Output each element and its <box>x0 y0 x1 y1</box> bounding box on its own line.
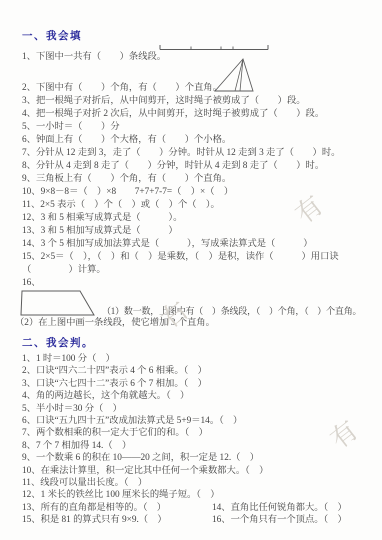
question-line: 11、线段可以量出长度。（ ） <box>22 477 374 489</box>
triangle-figure <box>213 58 255 93</box>
section1-title: 一、我会填 <box>22 28 374 43</box>
question-line: 5、半小时＝30 分（ ） <box>22 403 374 415</box>
question-line: 8、分针从 4 走到 8 走了（ ）分钟，时针从 4 走到 8 走了（ ）时。 <box>22 160 374 173</box>
question-line: 9、三角板上有（ ）个角，有（ ）个直角。 <box>22 173 374 186</box>
question-line: 12、3 和 5 相乘写成算式是（ ）。 <box>22 212 374 225</box>
section1-list: 1、下图中一共有（ ）条线段。 2、下图中有（ ）个角，有（ ）个直角。 3、把… <box>22 51 374 290</box>
question-line: 4、把一根绳子对折 2 次后，从中间剪开，这时绳子被剪成了（ ）段。 <box>22 108 374 121</box>
question-line: 1、1 时＝100 分（ ） <box>22 353 374 365</box>
question-line: 11、2×5 表示（ ）个（ ）或（ ）个（ ）。 <box>22 199 374 212</box>
quadrilateral-figure <box>20 290 98 317</box>
section2-list: 1、1 时＝100 分（ ） 2、口诀“四六二十四”表示 4 个 6 相乘。（ … <box>22 353 374 502</box>
question-pair-row: 15、积是 81 的算式只有 9×9.（ ） 16、一个角只有一个顶点。（ ） <box>22 514 374 526</box>
question-line: 3、口诀“六七四十二”表示 6 个 7 相加。（ ） <box>22 378 374 390</box>
section2-pair-rows: 13、所有的直角都是相等的。（ ） 14、直角比任何锐角都大。（ ） 15、积是… <box>22 502 374 527</box>
question-line: 2、口诀“四六二十四”表示 4 个 6 相乘。（ ） <box>22 365 374 377</box>
question-line: 14、直角比任何锐角都大。（ ） <box>212 502 347 514</box>
question-line: 13、3 和 5 相加写成算式是（ ） <box>22 225 374 238</box>
question16-figure-row: （1）数一数，上图中有（ ）条线段，（ ）个角，（ ）个直角。 <box>20 290 374 317</box>
question-line: 5、一小时＝（ ）分 <box>22 121 374 134</box>
question-line: 16、一个角只有一个顶点。（ ） <box>212 514 347 526</box>
line-segment-figure <box>159 43 269 52</box>
question-line: 13、所有的直角都是相等的。（ ） <box>22 502 212 514</box>
section2-title: 二、我会判。 <box>22 335 374 350</box>
question-line: 7、两个数相乘的积一定大于它们的和。（ ） <box>22 427 374 439</box>
question16-sub1: （1）数一数，上图中有（ ）条线段，（ ）个角，（ ）个直角。 <box>102 306 361 317</box>
question-line: 7、分针从 12 走到 3，走了（ ）分钟。时针从 12 走到 3 走了（ ）时… <box>22 147 374 160</box>
question-line: 6、钟面上有（ ）个大格，有（ ）个小格。 <box>22 134 374 147</box>
question16-sub2: （2）在上图中画一条线段，使它增加 3 个直角。 <box>15 317 374 330</box>
question-line: 15、2×5＝（ ），（ ）和（ ）是乘数，（ ）是积，读作（ ）用口诀（ ）计… <box>22 251 374 277</box>
question-line: 6、口诀“五九四十五”改成加法算式是 5+9＝14。（ ） <box>22 415 374 427</box>
question-line: 10、9×8－8＝（ ）×8 7+7+7-7=（ ）×（ ） <box>22 186 374 199</box>
question-line: 12、1 米长的铁丝比 100 厘米长的绳子短。（ ） <box>22 489 374 501</box>
worksheet-page: 一、我会填 1、下图中一共有（ ）条线段。 2、下图中有（ ）个角，有（ ）个直… <box>0 0 382 540</box>
question-line: 10、在乘法计算里，积一定比其中任何一个乘数都大。（ ） <box>22 465 374 477</box>
question-line: 14、3 个 5 相加写成加法算式是（ ），写成乘法算式是（ ） <box>22 238 374 251</box>
question-line: 3、把一根绳子对折后，从中间剪开，这时绳子被剪成了（ ）段。 <box>22 95 374 108</box>
worksheet-content: 一、我会填 1、下图中一共有（ ）条线段。 2、下图中有（ ）个角，有（ ）个直… <box>0 0 382 527</box>
question-line: 9、一个数乘 6 的积在 10——20 之间，积一定是 12.（ ） <box>22 452 374 464</box>
question-line: 16、 <box>22 277 374 290</box>
question-line: 2、下图中有（ ）个角，有（ ）个直角。 <box>22 82 374 95</box>
question-line: 1、下图中一共有（ ）条线段。 <box>22 51 374 64</box>
question-pair-row: 13、所有的直角都是相等的。（ ） 14、直角比任何锐角都大。（ ） <box>22 502 374 514</box>
question-line: 4、角的两边越长，这个角就越大。（ ） <box>22 390 374 402</box>
question-line: 8、7 个 7 相加得 14.（ ） <box>22 440 374 452</box>
question-line: 15、积是 81 的算式只有 9×9.（ ） <box>22 514 212 526</box>
